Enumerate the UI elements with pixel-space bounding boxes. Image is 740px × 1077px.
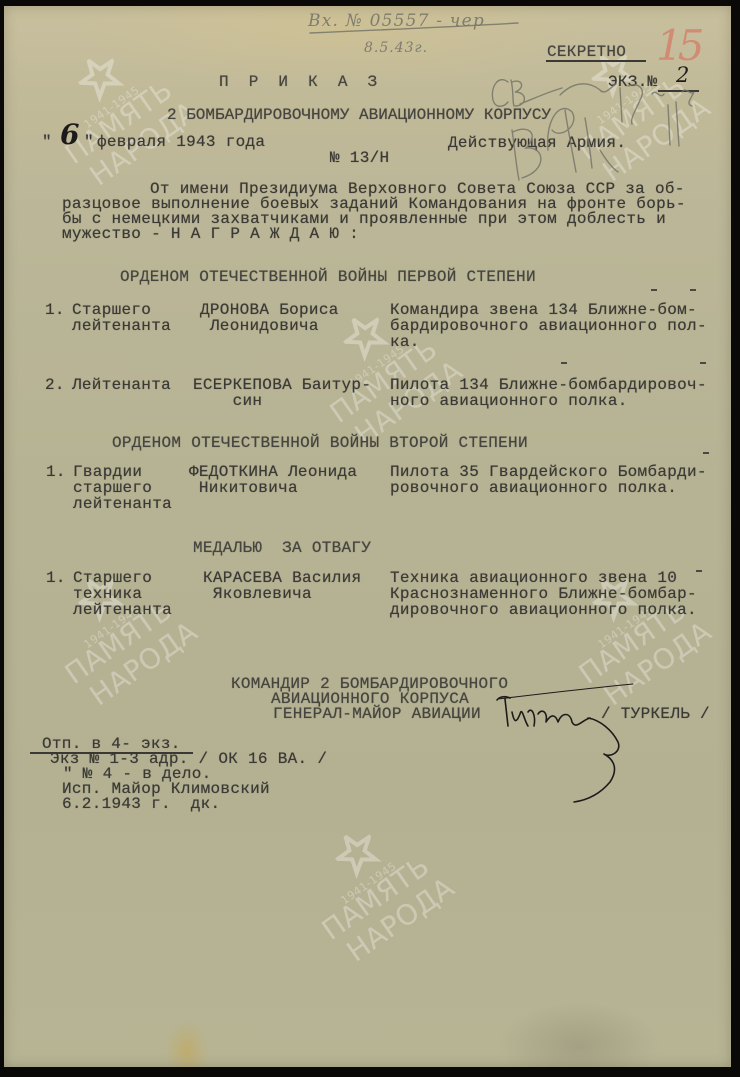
location: Действующая Армия. <box>448 135 626 151</box>
document-title: П Р И К А З <box>219 74 377 90</box>
date-month-year: февраля 1943 года <box>97 134 265 150</box>
copy-label: ЭКЗ.№ <box>608 74 658 90</box>
section-heading: ОРДЕНОМ ОТЕЧЕСТВЕННОЙ ВОЙНЫ ВТОРОЙ СТЕПЕ… <box>112 435 528 451</box>
section-heading: МЕДАЛЬЮ ЗА ОТВАГУ <box>193 540 371 556</box>
signatory-name: / ТУРКЕЛЬ / <box>601 706 710 722</box>
registration-date: 8.5.43г. <box>364 41 428 55</box>
distribution-line: 6.2.1943 г. дк. <box>62 796 220 812</box>
classification-label: СЕКРЕТНО <box>547 44 626 60</box>
classification-underline <box>546 60 646 62</box>
preamble-text: От имени Президиума Верховного Совета Со… <box>62 182 686 242</box>
stray-mark <box>703 452 709 454</box>
entry-name: ДРОНОВА Бориса Леонидовича <box>200 302 339 334</box>
entry-name: ФЕДОТКИНА Леонида Никитовича <box>189 464 357 496</box>
stray-mark <box>690 289 696 291</box>
stray-mark <box>696 570 702 572</box>
registration-entry: Вх. № 05557 - чер <box>308 13 485 30</box>
entry-position: Техника авиационного звена 10 Краснознам… <box>390 570 697 618</box>
entry-name: КАРАСЕВА Василия Яковлевича <box>203 570 361 602</box>
entry-number: 1. <box>46 464 66 480</box>
copy-number: 2 <box>676 64 689 86</box>
copy-number-underline <box>658 90 699 92</box>
entry-rank: Лейтенанта <box>72 377 171 393</box>
entry-position: Пилота 134 Ближне-бомбардировоч- ного ав… <box>390 377 707 409</box>
entry-position: Командира звена 134 Ближне-бом- бардиров… <box>390 302 707 350</box>
entry-rank: Гвардии старшего лейтенанта <box>73 464 172 512</box>
date-quote-open: " <box>42 134 52 150</box>
scanned-document-page: 1941-1945 ПАМЯТЬ НАРОДА 1941-1945 ПАМЯТЬ… <box>0 0 740 1077</box>
stray-mark <box>700 362 706 364</box>
stray-mark <box>561 362 567 364</box>
date-day: 6 <box>60 121 79 149</box>
entry-name: ЕСЕРКЕПОВА Баитур- син <box>193 377 371 409</box>
date-quote-close: " <box>84 134 94 150</box>
signatory-title-line: ГЕНЕРАЛ-МАЙОР АВИАЦИИ <box>273 706 481 722</box>
addressee: 2 БОМБАРДИРОВОЧНОМУ АВИАЦИОННОМУ КОРПУСУ <box>167 107 551 123</box>
section-heading: ОРДЕНОМ ОТЕЧЕСТВЕННОЙ ВОЙНЫ ПЕРВОЙ СТЕПЕ… <box>120 269 536 285</box>
entry-rank: Старшего техника лейтенанта <box>73 570 172 618</box>
entry-number: 1. <box>45 302 65 318</box>
entry-position: Пилота 35 Гвардейского Бомбарди- ровочно… <box>390 464 707 496</box>
stray-mark <box>651 289 657 291</box>
order-number: № 13/Н <box>330 150 389 166</box>
entry-number: 2. <box>45 377 65 393</box>
entry-rank: Старшего лейтенанта <box>72 302 171 334</box>
sheet-number: 15 <box>656 24 699 68</box>
entry-number: 1. <box>46 570 66 586</box>
